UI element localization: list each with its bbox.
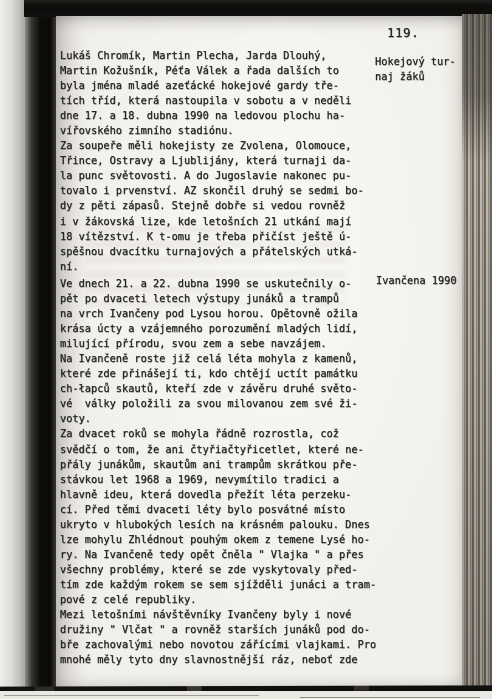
margin-note-ivancena-1990: Ivančena 1990 — [376, 274, 457, 289]
page: 119. Hokejový tur- naj žáků Ivančena 199… — [56, 16, 462, 690]
scanned-book-page: 119. Hokejový tur- naj žáků Ivančena 199… — [0, 0, 492, 699]
top-scan-shadow — [24, 0, 492, 17]
stacked-pages-edge — [462, 14, 492, 690]
body-paragraph-hockey: Lukáš Chromík, Martin Plecha, Jarda Dlou… — [60, 49, 364, 275]
bottom-scan-line-left — [4, 695, 259, 696]
bottom-scan-line-right — [300, 697, 480, 698]
page-number: 119. — [387, 26, 419, 40]
body-paragraph-ivancena: Ve dnech 21. a 22. dubna 1990 se uskuteč… — [60, 277, 376, 668]
left-page-edge — [0, 0, 25, 699]
book-gutter-shadow — [25, 0, 56, 699]
margin-note-hockey-tournament: Hokejový tur- naj žáků — [375, 55, 456, 85]
